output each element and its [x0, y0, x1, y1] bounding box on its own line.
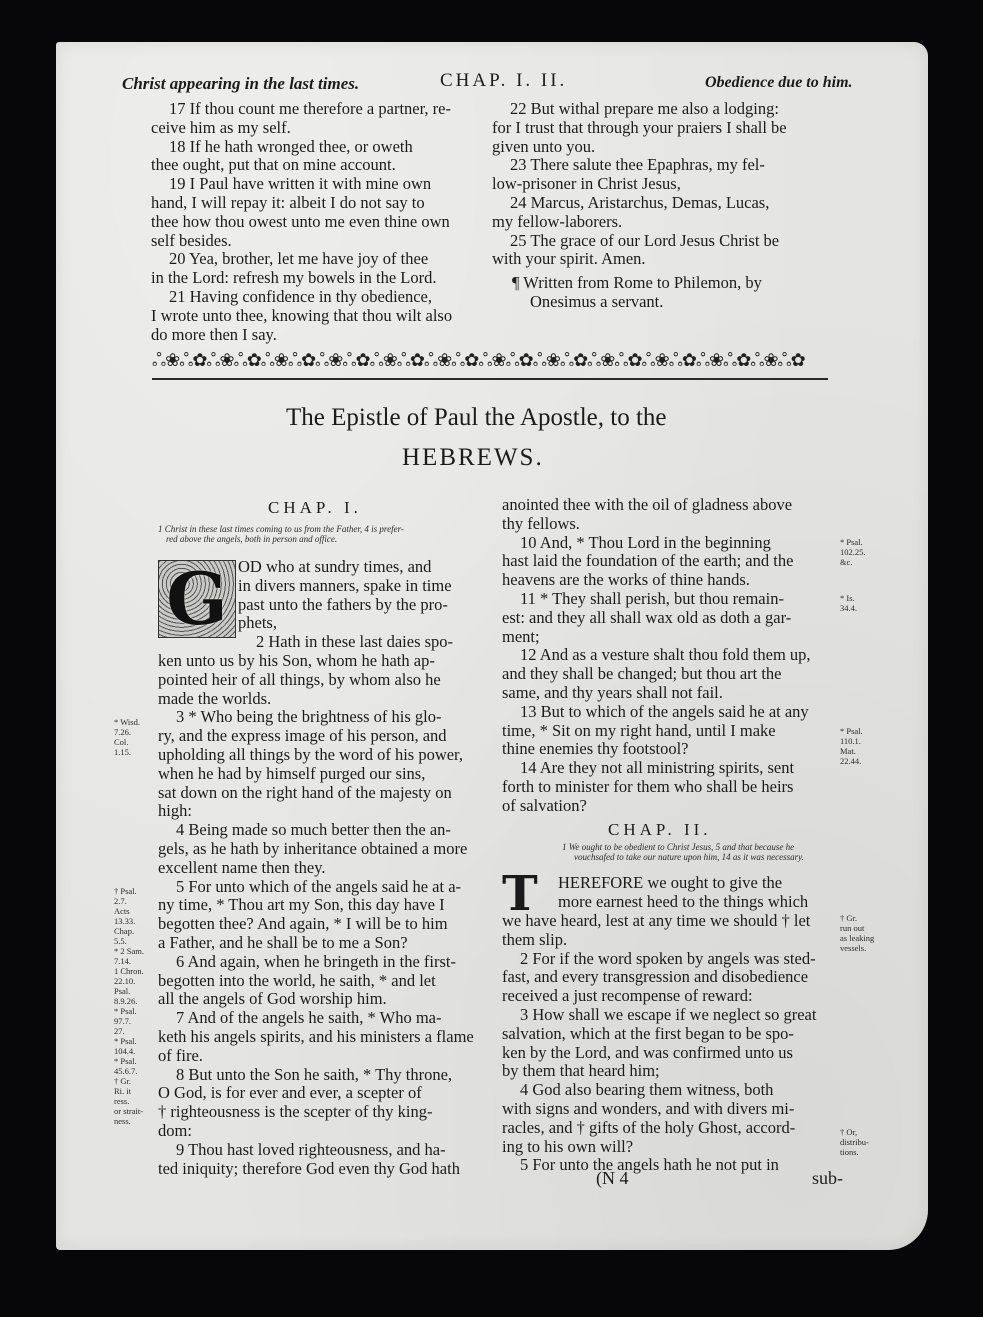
text-line: we have heard, lest at any time we shoul… [502, 912, 838, 931]
margin-note: * Psal. 102.25. &c. [840, 537, 866, 567]
text-line: HEREFORE we ought to give the [558, 874, 838, 893]
text-line: in divers manners, spake in time [238, 577, 496, 596]
text-line: ken by the Lord, and was confirmed unto … [502, 1044, 838, 1063]
margin-note: * Psal. 110.1. Mat. 22.44. [840, 726, 863, 766]
text-line: est: and they all shall wax old as doth … [502, 609, 838, 628]
text-line: by them that heard him; [502, 1062, 838, 1081]
text-line: 14 Are they not all ministring spirits, … [502, 759, 838, 778]
text-line: time, * Sit on my right hand, until I ma… [502, 722, 838, 741]
text-line: O God, is for ever and ever, a scepter o… [158, 1084, 498, 1103]
text-line: ken unto us by his Son, whom he hath ap- [158, 652, 498, 671]
text-line: 2 Hath in these last daies spo- [238, 633, 496, 652]
text-line: 12 And as a vesture shalt thou fold them… [502, 646, 838, 665]
text-line: 25 The grace of our Lord Jesus Christ be [492, 232, 832, 251]
text-line: them slip. [502, 931, 838, 950]
ornamental-dropcap-g: G [158, 560, 236, 638]
text-line: heavens are the works of thine hands. [502, 571, 838, 590]
text-line: pointed heir of all things, by whom also… [158, 671, 498, 690]
text-line: begotten into the world, he saith, * and… [158, 972, 498, 991]
text-line: 11 * They shall perish, but thou remain- [502, 590, 838, 609]
text-line: gels, as he hath by inheritance obtained… [158, 840, 498, 859]
text-line: 17 If thou count me therefore a partner,… [151, 100, 489, 119]
philemon-subscription: ¶ Written from Rome to Philemon, by Ones… [512, 274, 762, 312]
text-line: 22 But withal prepare me also a lodging: [492, 100, 832, 119]
text-line: high: [158, 802, 498, 821]
text-line: in the Lord: refresh my bowels in the Lo… [151, 269, 489, 288]
printers-ornament-band: ஃ❀ஃ✿ஃ❀ஃ✿ஃ❀ஃ✿ஃ❀ஃ✿ஃ❀ஃ✿ஃ❀ஃ✿ஃ❀ஃ✿ஃ❀ஃ✿ஃ❀ஃ✿ஃ❀ஃ✿… [152, 350, 832, 372]
text-line: made the worlds. [158, 690, 498, 709]
text-line: dom: [158, 1122, 498, 1141]
text-line: same, and thy years shall not fail. [502, 684, 838, 703]
divider-rule [152, 378, 828, 380]
text-line: 3 How shall we escape if we neglect so g… [502, 1006, 838, 1025]
summary-line: 1 We ought to be obedient to Christ Jesu… [562, 842, 804, 852]
text-line: ment; [502, 628, 838, 647]
text-line: 5 For unto the angels hath he not put in [502, 1156, 838, 1175]
text-line: phets, [238, 614, 496, 633]
text-line: OD who at sundry times, and [238, 558, 496, 577]
text-line: with your spirit. Amen. [492, 250, 832, 269]
text-line: my fellow-laborers. [492, 213, 832, 232]
text-line: † righteousness is the scepter of thy ki… [158, 1103, 498, 1122]
text-line: 20 Yea, brother, let me have joy of thee [151, 250, 489, 269]
text-line: sat down on the right hand of the majest… [158, 784, 498, 803]
text-line: hast laid the foundation of the earth; a… [502, 552, 838, 571]
text-line: 24 Marcus, Aristarchus, Demas, Lucas, [492, 194, 832, 213]
text-line: 7 And of the angels he saith, * Who ma- [158, 1009, 498, 1028]
text-line: past unto the fathers by the pro- [238, 596, 496, 615]
text-line: 2 For if the word spoken by angels was s… [502, 950, 838, 969]
text-line: thee how thou owest unto me even thine o… [151, 213, 489, 232]
chapter-1-right-column: anointed thee with the oil of gladness a… [502, 496, 838, 816]
text-line: ry, and the express image of his person,… [158, 727, 498, 746]
text-line: when he had by himself purged our sins, [158, 765, 498, 784]
catchword: sub- [812, 1168, 843, 1189]
chapter-1-heading: CHAP. I. [268, 498, 362, 518]
text-line: given unto you. [492, 138, 832, 157]
text-line: fast, and every transgression and disobe… [502, 968, 838, 987]
text-line: 4 Being made so much better then the an- [158, 821, 498, 840]
running-head-left: Christ appearing in the last times. [122, 74, 359, 94]
text-line: 18 If he hath wronged thee, or oweth [151, 138, 489, 157]
text-line: 9 Thou hast loved righteousness, and ha- [158, 1141, 498, 1160]
philemon-right-column: 22 But withal prepare me also a lodging:… [492, 100, 832, 269]
signature-mark: (N 4 [596, 1168, 629, 1189]
text-line: 4 God also bearing them witness, both [502, 1081, 838, 1100]
text-line: 13 But to which of the angels said he at… [502, 703, 838, 722]
text-line: 5 For unto which of the angels said he a… [158, 878, 498, 897]
text-line: ceive him as my self. [151, 119, 489, 138]
margin-note: † Psal. 2.7. Acts 13.33. Chap. 5.5. * 2 … [114, 886, 144, 1126]
text-line: and they shall be changed; but thou art … [502, 665, 838, 684]
text-line: ing to his own will? [502, 1138, 838, 1157]
text-line: 8 But unto the Son he saith, * Thy thron… [158, 1066, 498, 1085]
text-line: of fire. [158, 1047, 498, 1066]
text-line: excellent name then they. [158, 859, 498, 878]
text-line: low-prisoner in Christ Jesus, [492, 175, 832, 194]
text-line: hand, I will repay it: albeit I do not s… [151, 194, 489, 213]
chapter-1-opening: OD who at sundry times, andin divers man… [238, 558, 496, 652]
text-line: with signs and wonders, and with divers … [502, 1100, 838, 1119]
text-line: thee ought, put that on mine account. [151, 156, 489, 175]
text-line: racles, and † gifts of the holy Ghost, a… [502, 1119, 838, 1138]
text-line: ted iniquity; therefore God even thy God… [158, 1160, 498, 1179]
text-line: begotten thee? And again, * I will be to… [158, 915, 498, 934]
book-title-hebrews: HEBREWS. [402, 444, 544, 472]
text-line: 21 Having confidence in thy obedience, [151, 288, 489, 307]
margin-note: † Gr. run out as leaking vessels. [840, 913, 874, 953]
text-line: keth his angels spirits, and his ministe… [158, 1028, 498, 1047]
text-line: upholding all things by the word of his … [158, 746, 498, 765]
bible-page: Christ appearing in the last times. CHAP… [56, 42, 928, 1250]
text-line: of salvation? [502, 797, 838, 816]
text-line: a Father, and he shall be to me a Son? [158, 934, 498, 953]
running-head-right: Obedience due to him. [705, 74, 853, 92]
subscription-line: ¶ Written from Rome to Philemon, by [512, 274, 762, 293]
chapter-2-body: we have heard, lest at any time we shoul… [502, 912, 838, 1175]
chapter-2-summary: 1 We ought to be obedient to Christ Jesu… [562, 842, 804, 862]
margin-note: * Is. 34.4. [840, 593, 857, 613]
text-line: received a just recompense of reward: [502, 987, 838, 1006]
text-line: for I trust that through your praiers I … [492, 119, 832, 138]
text-line: 3 * Who being the brightness of his glo- [158, 708, 498, 727]
text-line: do more then I say. [151, 326, 489, 345]
running-head-chapter: CHAP. I. II. [440, 70, 567, 92]
text-line: 19 I Paul have written it with mine own [151, 175, 489, 194]
text-line: 6 And again, when he bringeth in the fir… [158, 953, 498, 972]
text-line: ny time, * Thou art my Son, this day hav… [158, 896, 498, 915]
summary-line: vouchsafed to take our nature upon him, … [562, 852, 804, 862]
text-line: anointed thee with the oil of gladness a… [502, 496, 838, 515]
text-line: self besides. [151, 232, 489, 251]
text-line: salvation, which at the first began to b… [502, 1025, 838, 1044]
text-line: more earnest heed to the things which [558, 893, 838, 912]
book-title-line1: The Epistle of Paul the Apostle, to the [286, 404, 667, 432]
subscription-line: Onesimus a servant. [512, 293, 762, 312]
chapter-1-summary: 1 Christ in these last times coming to u… [158, 524, 404, 544]
text-line: 10 And, * Thou Lord in the beginning [502, 534, 838, 553]
dropcap-letter: G [166, 563, 228, 635]
chapter-2-heading: CHAP. II. [608, 820, 712, 840]
chapter-1-left-column: ken unto us by his Son, whom he hath ap-… [158, 652, 498, 1178]
philemon-left-column: 17 If thou count me therefore a partner,… [151, 100, 489, 344]
summary-line: 1 Christ in these last times coming to u… [158, 524, 404, 534]
summary-line: red above the angels, both in person and… [158, 534, 404, 544]
text-line: thine enemies thy footstool? [502, 740, 838, 759]
margin-note: * Wisd. 7.26. Col. 1.15. [114, 717, 140, 757]
text-line: 23 There salute thee Epaphras, my fel- [492, 156, 832, 175]
chapter-2-opening: HEREFORE we ought to give themore earnes… [558, 874, 838, 912]
text-line: all the angels of God worship him. [158, 990, 498, 1009]
text-line: thy fellows. [502, 515, 838, 534]
text-line: forth to minister for them who shall be … [502, 778, 838, 797]
margin-note: † Or, distribu- tions. [840, 1127, 869, 1157]
text-line: I wrote unto thee, knowing that thou wil… [151, 307, 489, 326]
